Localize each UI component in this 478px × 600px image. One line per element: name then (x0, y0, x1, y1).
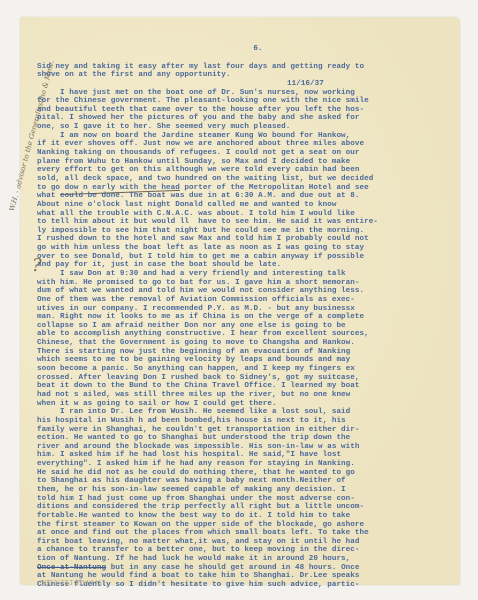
typewritten-body: 6. Sid ney and taking it easy after my l… (37, 28, 449, 590)
text-line: river and around the blockade was imposs… (37, 443, 449, 452)
text-line: sold, all deck space, and two hundred on… (37, 175, 449, 184)
text-line: Chinese, that the Government is going to… (37, 339, 449, 348)
text-line: I rushed down to the hotel and saw Max a… (37, 235, 449, 244)
text-line: at once and find out the places from whi… (37, 529, 449, 538)
page-number: 6. (37, 45, 449, 54)
text-line: told him I had just come up from Shangha… (37, 495, 449, 504)
text-line: and pay for it, just in case the boat sh… (37, 261, 449, 270)
text-line: the first steamer to Kowan on the upper … (37, 521, 449, 530)
text-line: one, so I gave it to her. She seemed ver… (37, 123, 449, 132)
text-line: had not s ailed, was still three miles u… (37, 391, 449, 400)
text-line: family were in Shanghai, he couldn't get… (37, 426, 449, 435)
text-line: dum of what we wanted and told him we wo… (37, 287, 449, 296)
text-line: Once-at-Nantung but in any case he shoul… (37, 564, 449, 573)
text-line: crossed. After leaving Don I rushed back… (37, 374, 449, 383)
text-line: with him. He promised to go to bat for u… (37, 279, 449, 288)
text-line: ection. He wanted to go to Shanghai but … (37, 434, 449, 443)
text-line: man. Right now it looks to me as if Chin… (37, 313, 449, 322)
text-line: I am now on board the Jardine steamer Ku… (37, 132, 449, 141)
text-line: to Shanghai as his daughter was having a… (37, 477, 449, 486)
text-line: shove on at the first and any opportunit… (37, 71, 449, 80)
text-line: what could be done. The boat was due in … (37, 192, 449, 201)
text-line: first boat leaving, no matter what,it wa… (37, 538, 449, 547)
entry-date: 11/16/37 (37, 80, 449, 89)
text-line: plane from Wuhu to Hankow until Sunday, … (37, 158, 449, 167)
text-line: every effort to get on this although we … (37, 166, 449, 175)
text-line: which seems to me to be gaining velocity… (37, 356, 449, 365)
text-line: One of them was the removal of Aviation … (37, 296, 449, 305)
text-line: when it w as going to sail or how I coul… (37, 400, 449, 409)
text-line: everything". I asked him if he had any r… (37, 460, 449, 469)
text-line: ly impossible to see him that night but … (37, 227, 449, 236)
text-line: collapse so I am afraid neither Don nor … (37, 322, 449, 331)
text-line: He said he did not as he could do nothin… (37, 469, 449, 478)
text-line: Nanking taking on thousands of refugees.… (37, 149, 449, 158)
text-line: his hospital in Wusih h ad been bombed,h… (37, 417, 449, 426)
struck-text: Once-at-Nantung (37, 564, 106, 572)
text-line: go with him unless the boat left as late… (37, 244, 449, 253)
text-line: Sid ney and taking it easy after my last… (37, 63, 449, 72)
text-line: fortable.He wanted to know the best way … (37, 512, 449, 521)
text-line: able to accomplish anything constructive… (37, 330, 449, 339)
catalog-number: 2019.121.104447 (40, 578, 102, 586)
text-line: beat it down to the Bund to the China Tr… (37, 382, 449, 391)
text-line: and beautiful teeth that came over to th… (37, 106, 449, 115)
text-line: to go dow n early with the head porter o… (37, 184, 449, 193)
text-line: a chance to transfer to a better one, bu… (37, 546, 449, 555)
text-line: what all the trouble with C.N.A.C. was a… (37, 210, 449, 219)
text-line: I saw Don at 9:30 and had a very friendl… (37, 270, 449, 279)
text-line: soon become a panic. So anything can hap… (37, 365, 449, 374)
text-line: I have just met on the boat one of Dr. S… (37, 89, 449, 98)
text-line: pital. I showed her the pictures of you … (37, 114, 449, 123)
text-line: There is starting now just the beginning… (37, 348, 449, 357)
text-line: over to see Donald, but I told him to ge… (37, 253, 449, 262)
text-line: I ran into Dr. Lee from Wusih. He seemed… (37, 408, 449, 417)
text-line: tion of Nantung. If he had luck he would… (37, 555, 449, 564)
text-line: them, he or his son-in-law seemed capabl… (37, 486, 449, 495)
text-line: him. I asked him if he had lost his hosp… (37, 451, 449, 460)
text-line: About nine o'clock last night Donald cal… (37, 201, 449, 210)
text-line: ditions and considered the trip perfectl… (37, 503, 449, 512)
text-line: to tell him about it but would ll have t… (37, 218, 449, 227)
text-line: utives in our company. I recommended P.Y… (37, 305, 449, 314)
text-line: if it ever shoves off. Just now we are a… (37, 140, 449, 149)
text-line: for the Chinese government. The pleasant… (37, 97, 449, 106)
